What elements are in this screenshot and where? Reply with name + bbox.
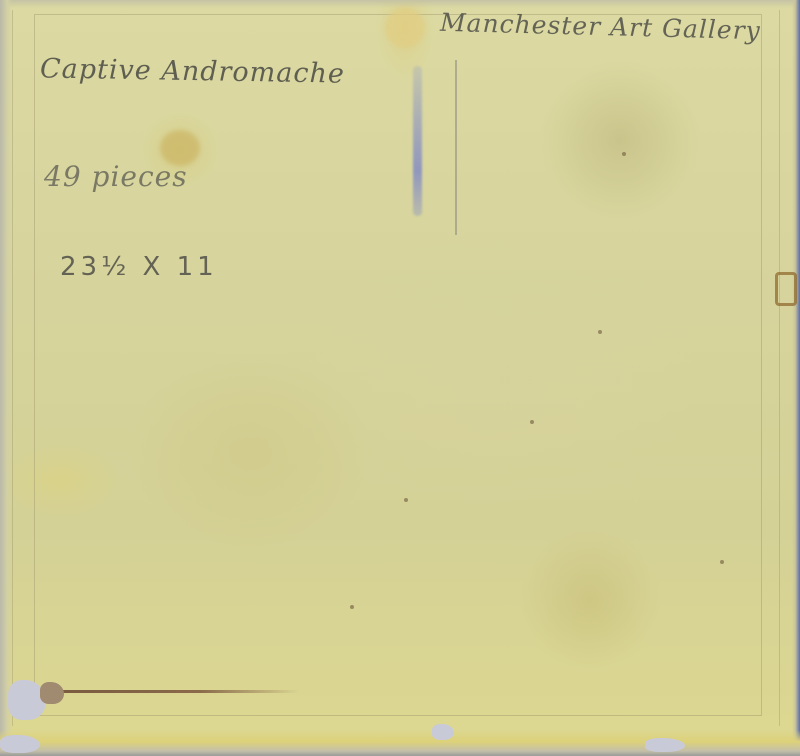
paint-chip <box>0 735 40 753</box>
paint-chip <box>645 738 685 752</box>
painting-board-back: Manchester Art Gallery Captive Andromach… <box>0 0 800 756</box>
paint-chip <box>432 724 454 740</box>
speck <box>350 605 354 609</box>
gallery-inscription: Manchester Art Gallery <box>440 8 761 45</box>
inner-frame-line <box>34 14 762 716</box>
dimensions-inscription: 23½ X 11 <box>60 252 218 282</box>
speck <box>720 560 724 564</box>
speck <box>598 330 602 334</box>
left-edge <box>0 0 12 756</box>
top-edge <box>0 0 800 8</box>
speck <box>530 420 534 424</box>
crack <box>50 690 300 693</box>
stain <box>385 8 425 48</box>
right-edge <box>792 0 800 756</box>
pencil-line <box>455 60 457 235</box>
speck <box>404 498 408 502</box>
rust-stain <box>775 272 797 306</box>
speck <box>622 152 626 156</box>
paint-chip <box>40 682 64 704</box>
outer-frame-line <box>12 10 780 726</box>
blue-crayon-mark <box>413 66 422 216</box>
title-inscription: Captive Andromache <box>40 53 345 89</box>
pieces-inscription: 49 pieces <box>44 160 188 193</box>
